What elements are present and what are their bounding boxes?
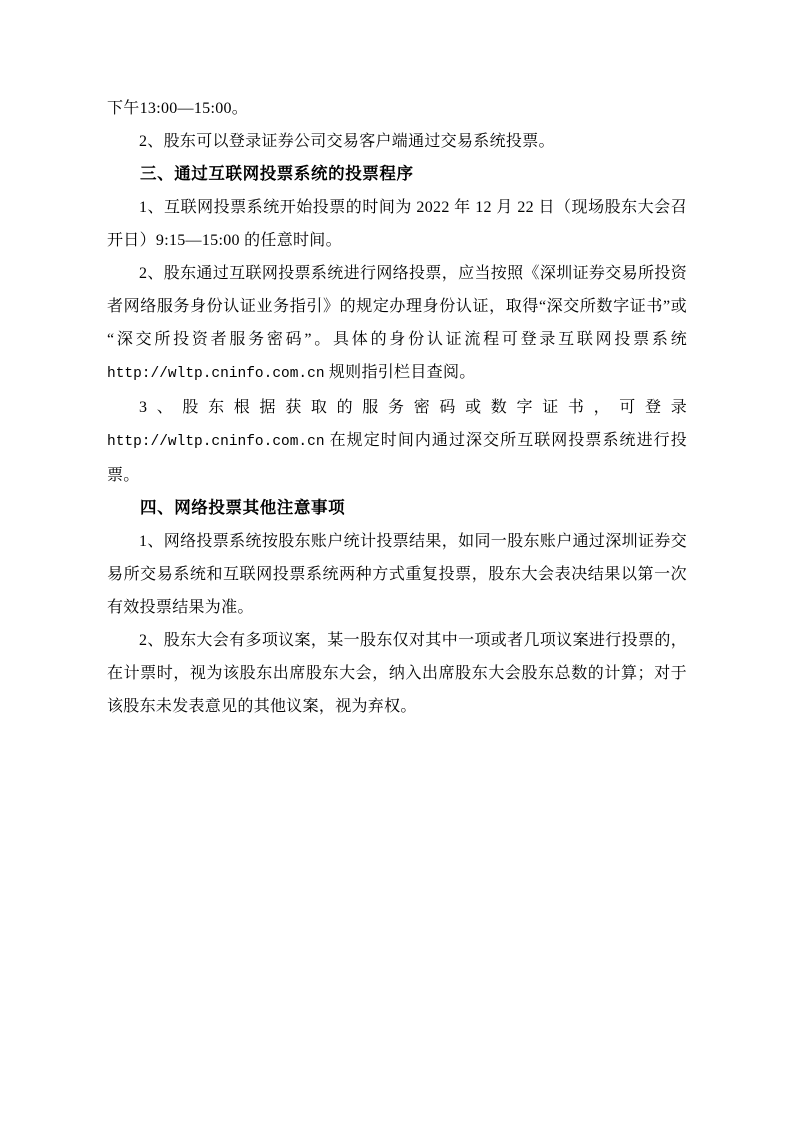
paragraph-text: 1、互联网投票系统开始投票的时间为 2022 年 12 月 22 日（现场股东大… <box>107 199 687 249</box>
paragraph-trading-system-voting: 2、股东可以登录证券公司交易客户端通过交易系统投票。 <box>107 125 687 158</box>
section-heading-other-notes: 四、网络投票其他注意事项 <box>107 492 687 525</box>
voting-system-url: http://wltp.cninfo.com.cn <box>107 434 325 450</box>
document-body: 下午13:00—15:00。 2、股东可以登录证券公司交易客户端通过交易系统投票… <box>107 92 687 723</box>
voting-system-url: http://wltp.cninfo.com.cn <box>107 366 325 382</box>
paragraph-text: 规则指引栏目查阅。 <box>325 364 476 381</box>
paragraph-voting-start-time: 1、互联网投票系统开始投票的时间为 2022 年 12 月 22 日（现场股东大… <box>107 191 687 257</box>
heading-text: 三、通过互联网投票系统的投票程序 <box>140 165 414 183</box>
paragraph-text: 3、股东根据获取的服务密码或数字证书，可登录 <box>139 399 687 416</box>
paragraph-text: 1、网络投票系统按股东账户统计投票结果，如同一股东账户通过深圳证券交易所交易系统… <box>107 533 687 616</box>
paragraph-text: 2、股东可以登录证券公司交易客户端通过交易系统投票。 <box>139 133 555 150</box>
paragraph-continuation-time-range: 下午13:00—15:00。 <box>107 92 687 125</box>
heading-text: 四、网络投票其他注意事项 <box>140 499 345 517</box>
section-heading-internet-voting-procedure: 三、通过互联网投票系统的投票程序 <box>107 158 687 191</box>
paragraph-identity-authentication: 2、股东通过互联网投票系统进行网络投票，应当按照《深圳证券交易所投资者网络服务身… <box>107 257 687 391</box>
document-page: 下午13:00—15:00。 2、股东可以登录证券公司交易客户端通过交易系统投票… <box>0 0 793 1122</box>
paragraph-text: 2、股东大会有多项议案，某一股东仅对其中一项或者几项议案进行投票的，在计票时，视… <box>107 632 687 715</box>
paragraph-partial-voting-rule: 2、股东大会有多项议案，某一股东仅对其中一项或者几项议案进行投票的，在计票时，视… <box>107 624 687 723</box>
paragraph-login-and-vote: 3、股东根据获取的服务密码或数字证书，可登录 http://wltp.cninf… <box>107 391 687 492</box>
paragraph-text: 下午13:00—15:00。 <box>107 100 248 117</box>
paragraph-text: 2、股东通过互联网投票系统进行网络投票，应当按照《深圳证券交易所投资者网络服务身… <box>107 265 687 348</box>
paragraph-duplicate-voting-rule: 1、网络投票系统按股东账户统计投票结果，如同一股东账户通过深圳证券交易所交易系统… <box>107 525 687 624</box>
